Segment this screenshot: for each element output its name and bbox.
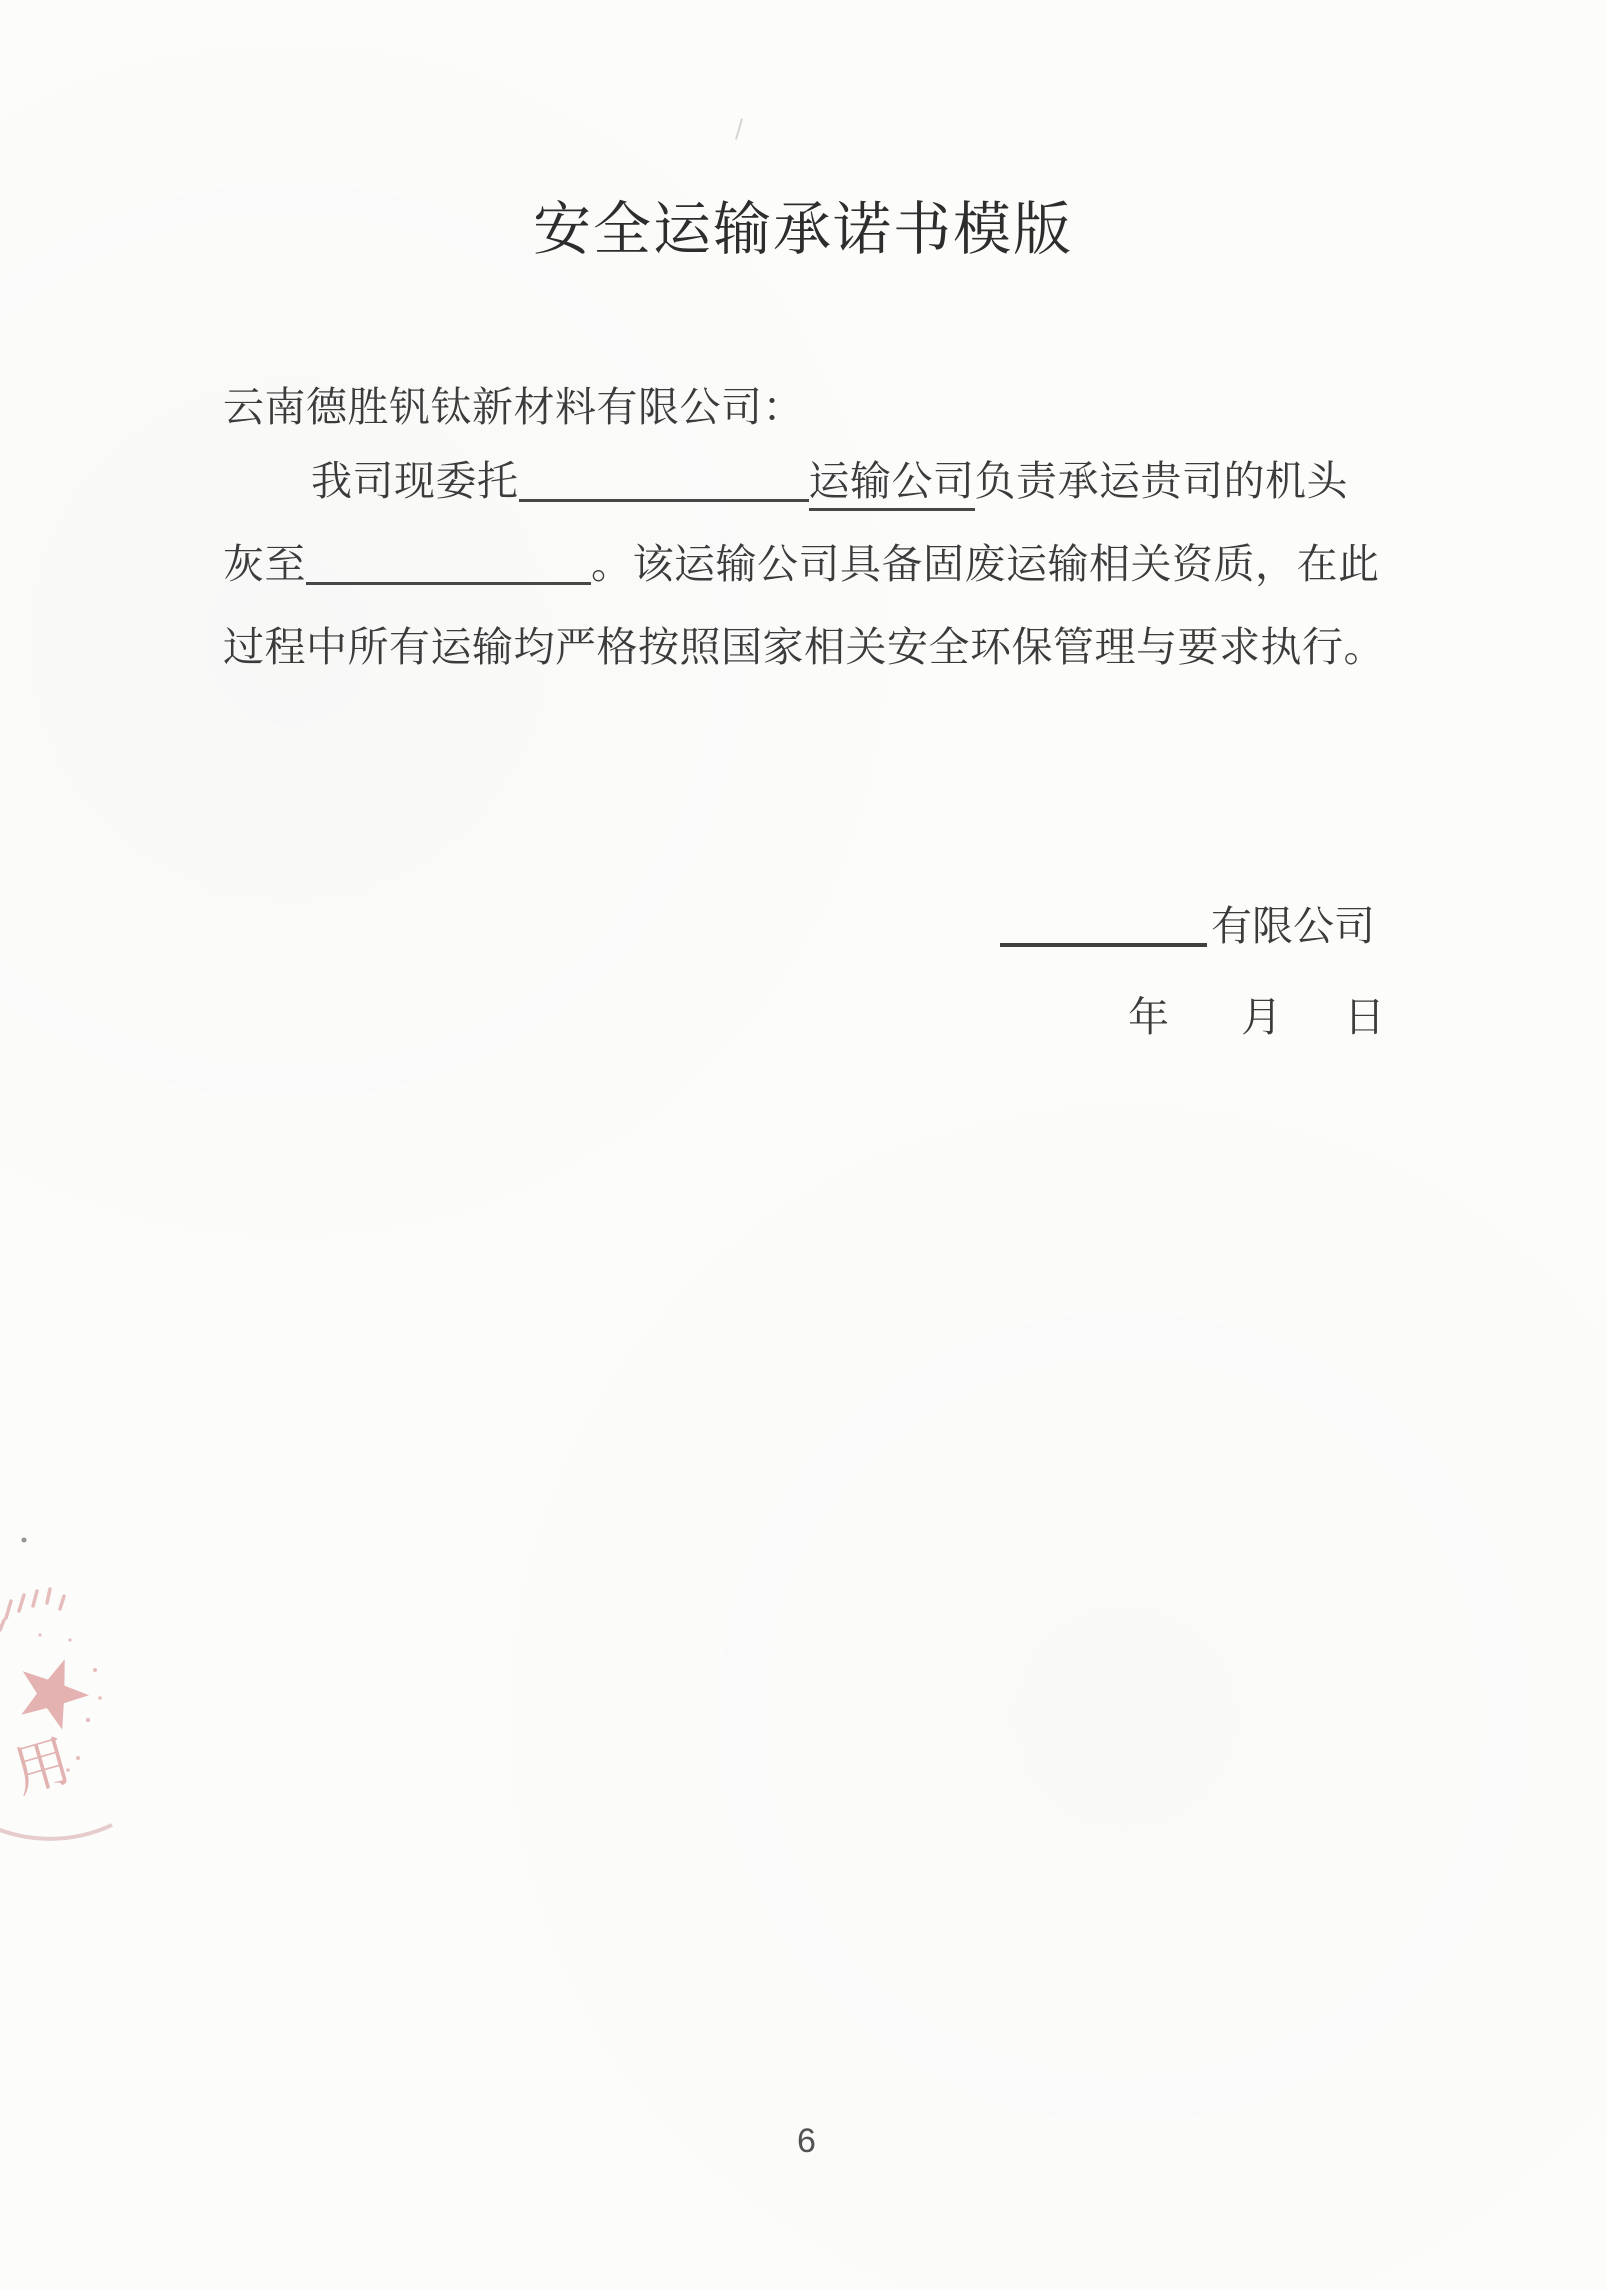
seal-star xyxy=(21,1659,89,1729)
scan-artifact-mark xyxy=(735,118,743,140)
document-page: 安全运输承诺书模版 云南德胜钒钛新材料有限公司： 我司现委托运输公司负责承运贵司… xyxy=(0,0,1606,2290)
date-month-label: 月 xyxy=(1241,994,1282,1040)
paragraph-line: 灰至。该运输公司具备固废运输相关资质，在此 xyxy=(223,523,1403,606)
paragraph-line: 我司现委托运输公司负责承运贵司的机头 xyxy=(223,440,1403,523)
date-year-label: 年 xyxy=(1128,994,1169,1040)
page-number: 6 xyxy=(797,2122,816,2161)
paragraph-line: 过程中所有运输均严格按照国家相关安全环保管理与要求执行。 xyxy=(223,606,1403,689)
body-text: 负责承运贵司的机头 xyxy=(975,458,1349,504)
fill-in-blank xyxy=(519,465,809,502)
seal-partial-char: 用 xyxy=(7,1730,78,1805)
body-text: 灰至 xyxy=(223,541,306,587)
signature-company-suffix: 有限公司 xyxy=(1211,903,1375,949)
signature-date-line: 年月日 xyxy=(1128,984,1385,1043)
seal-text-marks xyxy=(0,1589,64,1630)
document-body: 我司现委托运输公司负责承运贵司的机头灰至。该运输公司具备固废运输相关资质，在此过… xyxy=(223,440,1403,689)
company-seal-stamp: 用 xyxy=(0,1470,170,1870)
body-text: 我司现委托 xyxy=(311,458,519,504)
salutation: 云南德胜钒钛新材料有限公司： xyxy=(223,374,804,433)
date-day-label: 日 xyxy=(1344,994,1385,1040)
underlined-text: 运输公司 xyxy=(809,458,975,511)
document-title: 安全运输承诺书模版 xyxy=(0,182,1606,266)
fill-in-blank xyxy=(306,548,591,585)
signature-line: 有限公司 xyxy=(1000,893,1375,952)
scan-fleck xyxy=(22,1538,27,1543)
seal-bottom-arc xyxy=(0,1822,112,1839)
body-text: 。该运输公司具备固废运输相关资质，在此 xyxy=(591,541,1380,587)
body-text: 过程中所有运输均严格按照国家相关安全环保管理与要求执行。 xyxy=(223,624,1385,670)
signature-blank xyxy=(1000,910,1207,947)
